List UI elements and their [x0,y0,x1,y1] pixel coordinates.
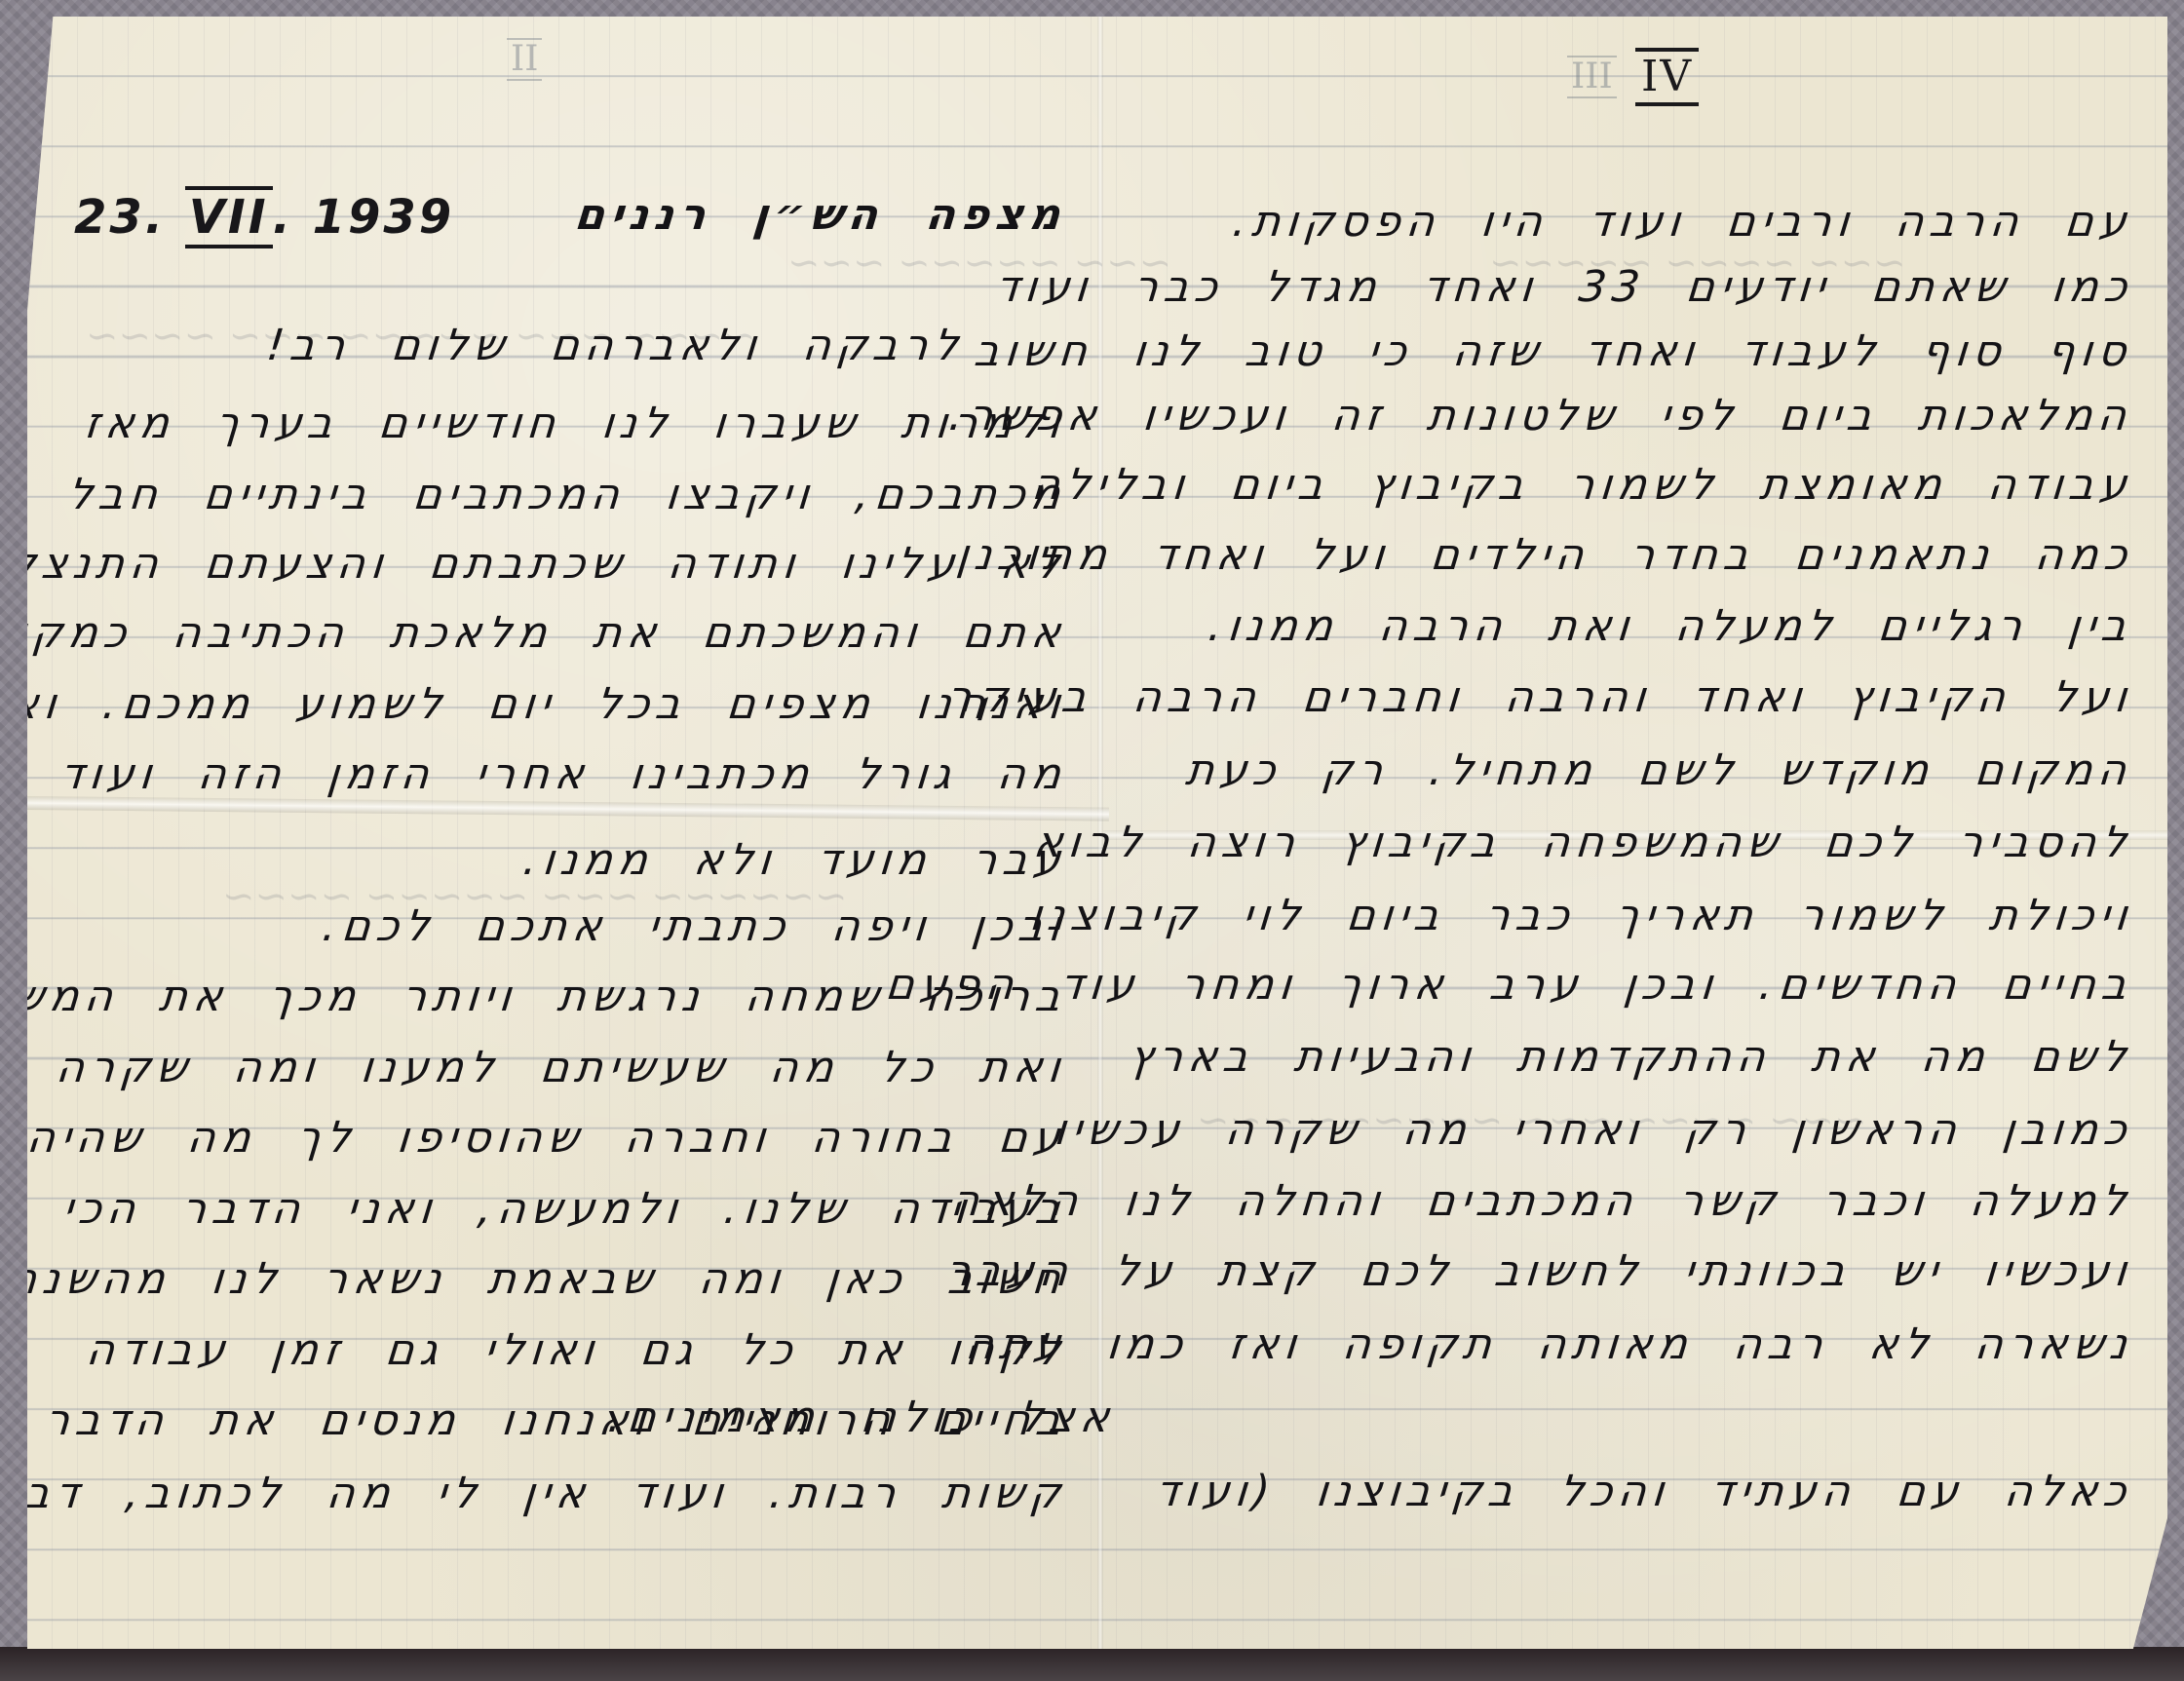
backdrop-shadow [0,1647,2184,1681]
letter-line: עבודה מאומצת לשמור בקיבוץ ביום ובלילה [1029,460,2134,510]
letter-line: חשוב כאן ומה שבאמת נשאר לנו מהשנה [27,1254,1069,1304]
letter-line: בעבודה שלנו. ולמעשה, ואני הדבר הכי [60,1184,1068,1234]
letter-line: ואת כל מה שעשיתם למענו ומה שקרה [55,1043,1069,1092]
letter-line: מה גורל מכתבינו אחרי הזמן הזה ועוד [57,749,1069,799]
letter-line: המקום מוקדש לשם מתחיל. רק כעת [1184,745,2135,795]
letter-line: ואנחנו מצפים בכל יום לשמוע ממכם. ואולי ג… [27,679,1069,729]
letter-line: עבר מועד ולא ממנו. [520,835,1068,885]
letter-line: ועכשיו יש בכוונתי לחשוב לכם קצת על העבר [943,1246,2134,1296]
letter-line: מכתבכם, ויקבצו המכתבים בינתיים חבל מאוד, [27,470,1069,519]
letter-line: כמה נתאמנים בחדר הילדים ועל ואחד מתוכנן [954,530,2135,580]
letter-line: כמובן הראשון רק ואחרי מה שקרה עכשיו [1052,1105,2134,1155]
letter-line: ובכן ויפה כתבתי אתכם לכם. [320,901,1069,951]
letter-line: לקחו את כל גם ואולי גם זמן עבודה [84,1325,1069,1375]
letter-line: בחיים החדשים. ובכן ערב ארוך ומחר עוד הפע… [883,960,2134,1010]
letter-line: עם בחורה וחברה שהוסיפו לך מה שהיה [27,1113,1069,1163]
letter-date: 23. VII. 1939 [74,190,454,245]
page-marker-left-pencil: II [507,38,542,81]
letter-line: אצל כולנו מאמינים. [605,1393,1117,1442]
letter-line: כאלה עם העתיד והכל בקיבוצנו (ועוד [1154,1467,2135,1516]
page-marker-right-pencil: III [1567,56,1617,98]
letter-line: ועל הקיבוץ ואחד והרבה וחברים הרבה בעיקר [944,672,2134,722]
greeting: לרבקה ולאברהם שלום רב! [264,321,966,370]
letter-line: בין רגליים למעלה ואת הרבה ממנו. [1207,601,2135,651]
letter-line: סוף סוף לעבוד ואחד שזה כי טוב לנו חשוב [973,326,2135,376]
date-day: 23. [74,190,166,245]
letter-line: ויכולת לשמור תאריך כבר ביום לוי קיבוצנו [1027,891,2135,940]
letter-line: לשם מה את ההתקדמות והבעיות בארץ [1128,1032,2135,1082]
letter-line: קשות רבות. ועוד אין לי מה לכתוב, דבר נוס… [27,1469,1069,1518]
location-heading: מצפה הש״ן רננים [572,190,1068,240]
letter-line: להסביר לכם שהמשפחה בקיבוץ רוצה לבוא [1031,818,2134,867]
letter-line: המלאכות ביום לפי שלטונות זה ועכשיו אפשר. [946,391,2134,440]
letter-line: ולמרות שעברו לנו חודשיים בערך מאז [82,399,1068,448]
letter-line: למעלה וכבר קשר המכתבים והחלה לנו הלאה [948,1176,2134,1226]
letter-line: עם הרבה ורבים ועוד היו הפסקות. [1231,197,2135,247]
letter-paper: ~~~ ~~~~~ ~~~ ~~~~ ~~~ ~~~~~ ~~~ ~~~~ ~~… [27,17,2167,1649]
page-marker-right: IV [1635,48,1699,106]
letter-line: כמו שאתם יודעים 33 ואחד מגדל כבר ועוד [993,262,2135,312]
date-year: . 1939 [273,190,455,245]
date-month: VII [185,186,273,248]
letter-line: אתם והמשכתם את מלאכת הכתיבה כמקודם [27,608,1069,658]
letter-line: לא עלינו ותודה שכתבתם והצעתם התנצלות [27,539,1069,589]
letter-line: נשארה לא רבה מאותה תקופה ואז כמו עתה [963,1319,2135,1369]
